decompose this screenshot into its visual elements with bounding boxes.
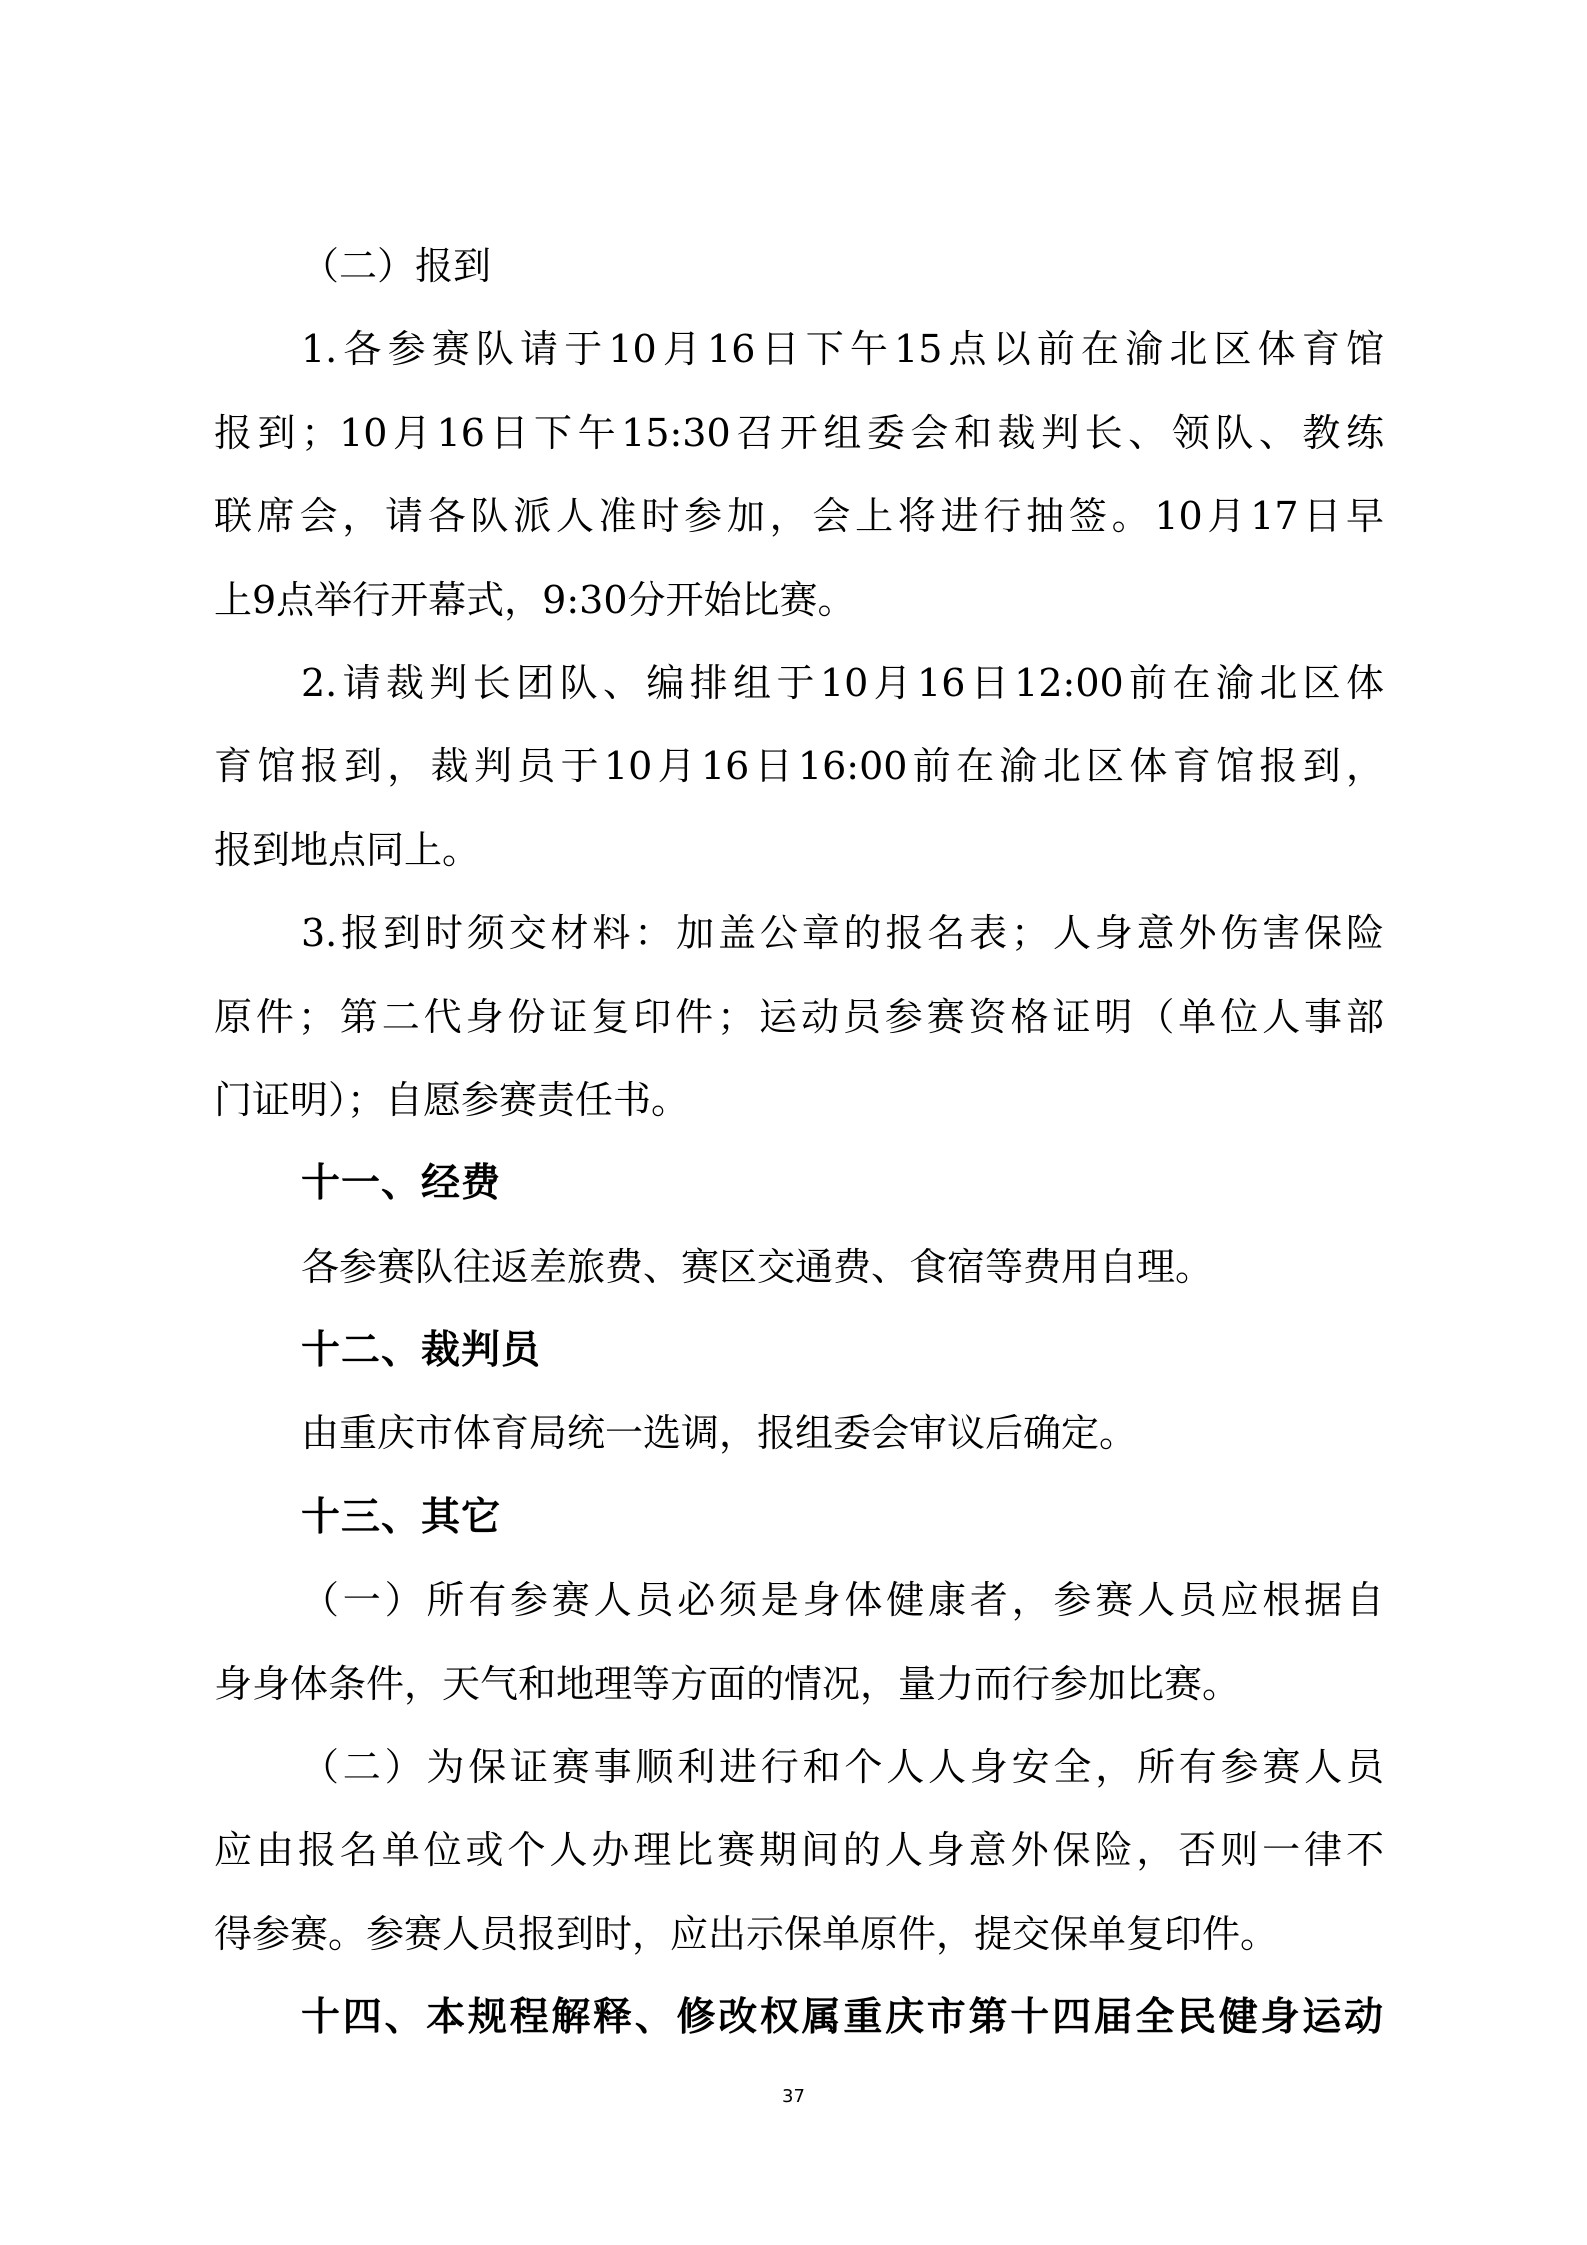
paragraph-line: 上9点举行开幕式，9:30分开始比赛。 [214, 559, 1384, 642]
document-page: （二）报到 1.各参赛队请于10月16日下午15点以前在渝北区体育馆 报到；10… [0, 0, 1587, 2245]
paragraph-line: 报到地点同上。 [214, 809, 1384, 892]
page-body: （二）报到 1.各参赛队请于10月16日下午15点以前在渝北区体育馆 报到；10… [214, 225, 1384, 2060]
paragraph-line: 得参赛。参赛人员报到时，应出示保单原件，提交保单复印件。 [214, 1893, 1384, 1976]
paragraph-line: 报到；10月16日下午15:30召开组委会和裁判长、领队、教练 [214, 392, 1384, 475]
paragraph-line: 身身体条件，天气和地理等方面的情况，量力而行参加比赛。 [214, 1643, 1384, 1726]
subheading-registration: （二）报到 [214, 225, 1384, 308]
section-heading-funding: 十一、经费 [214, 1142, 1384, 1225]
paragraph-line: 各参赛队往返差旅费、赛区交通费、食宿等费用自理。 [214, 1226, 1384, 1309]
section-heading-other: 十三、其它 [214, 1476, 1384, 1559]
paragraph-line: （一）所有参赛人员必须是身体健康者，参赛人员应根据自 [214, 1559, 1384, 1642]
paragraph-line: 原件；第二代身份证复印件；运动员参赛资格证明（单位人事部 [214, 976, 1384, 1059]
paragraph-line: 应由报名单位或个人办理比赛期间的人身意外保险，否则一律不 [214, 1809, 1384, 1892]
paragraph-line: （二）为保证赛事顺利进行和个人人身安全，所有参赛人员 [214, 1726, 1384, 1809]
paragraph-line: 门证明）；自愿参赛责任书。 [214, 1059, 1384, 1142]
paragraph-line: 由重庆市体育局统一选调，报组委会审议后确定。 [214, 1392, 1384, 1475]
page-number: 37 [0, 2086, 1587, 2107]
section-heading-referees: 十二、裁判员 [214, 1309, 1384, 1392]
paragraph-line: 育馆报到，裁判员于10月16日16:00前在渝北区体育馆报到， [214, 725, 1384, 808]
paragraph-line: 1.各参赛队请于10月16日下午15点以前在渝北区体育馆 [214, 308, 1384, 391]
section-heading-interpretation: 十四、本规程解释、修改权属重庆市第十四届全民健身运动 [214, 1976, 1384, 2059]
paragraph-line: 联席会，请各队派人准时参加，会上将进行抽签。10月17日早 [214, 475, 1384, 558]
paragraph-line: 2.请裁判长团队、编排组于10月16日12:00前在渝北区体 [214, 642, 1384, 725]
paragraph-line: 3.报到时须交材料：加盖公章的报名表；人身意外伤害保险 [214, 892, 1384, 975]
